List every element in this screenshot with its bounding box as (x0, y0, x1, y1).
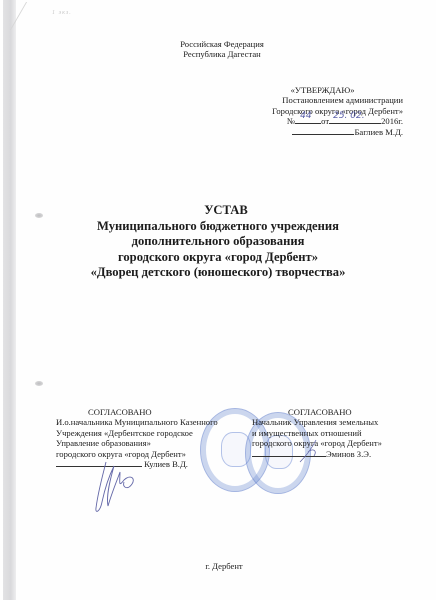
binder-edge (3, 0, 16, 600)
header-republic: Республика Дагестан (0, 49, 436, 59)
document-page: 1 экз. Российская Федерация Республика Д… (0, 0, 436, 600)
handwritten-number: 44 (300, 111, 311, 121)
punch-hole-bottom (35, 381, 43, 386)
signature-blank (292, 127, 354, 135)
agreement-left-signatory: Кулиев В.Д. (144, 459, 188, 469)
agreement-right-line-2: и имущественных отношений (252, 428, 382, 438)
corner-note: 1 экз. (52, 10, 72, 16)
number-blank: 44 (295, 116, 321, 124)
handwritten-date: 25. 02. (333, 111, 365, 121)
date-blank: 25. 02. (329, 116, 381, 124)
title-line-4: городского округа «город Дербент» (0, 250, 436, 266)
title-line-3: дополнительного образования (0, 234, 436, 250)
title-line-5: «Дворец детского (юношеского) творчества… (0, 265, 436, 281)
approval-signature-line: Баглиев М.Д. (272, 127, 403, 137)
agreement-left-line-3: Управление образования» (56, 438, 218, 448)
agreement-right-signatory: Эминов З.Э. (326, 449, 371, 459)
header-country: Российская Федерация (0, 39, 436, 49)
city-footer: г. Дербент (0, 561, 436, 571)
agreement-left-line-1: И.о.начальника Муниципального Казенного (56, 417, 218, 427)
agreement-right-line-1: Начальник Управления земельных (252, 417, 382, 427)
agreement-left-label: СОГЛАСОВАНО (56, 407, 218, 417)
handwritten-signature-right (296, 438, 326, 464)
title-line-1: УСТАВ (0, 203, 436, 219)
document-header: Российская Федерация Республика Дагестан (0, 39, 436, 60)
agreement-left-line-2: Учреждения «Дербентское городское (56, 428, 218, 438)
handwritten-signature-left (84, 458, 142, 518)
number-prefix: № (287, 116, 295, 126)
date-prefix: от (321, 116, 329, 126)
agreement-right-label: СОГЛАСОВАНО (252, 407, 382, 417)
document-title: УСТАВ Муниципального бюджетного учрежден… (0, 203, 436, 281)
approval-block: «УТВЕРЖДАЮ» Постановлением администрации… (272, 85, 403, 137)
approval-number-date: №44от25. 02.2016г. (272, 116, 403, 126)
approval-year: 2016г. (381, 116, 403, 126)
approval-label: «УТВЕРЖДАЮ» (272, 85, 403, 95)
approval-signatory: Баглиев М.Д. (354, 127, 403, 137)
title-line-2: Муниципального бюджетного учреждения (0, 219, 436, 235)
approval-line-2: Постановлением администрации (272, 95, 403, 105)
